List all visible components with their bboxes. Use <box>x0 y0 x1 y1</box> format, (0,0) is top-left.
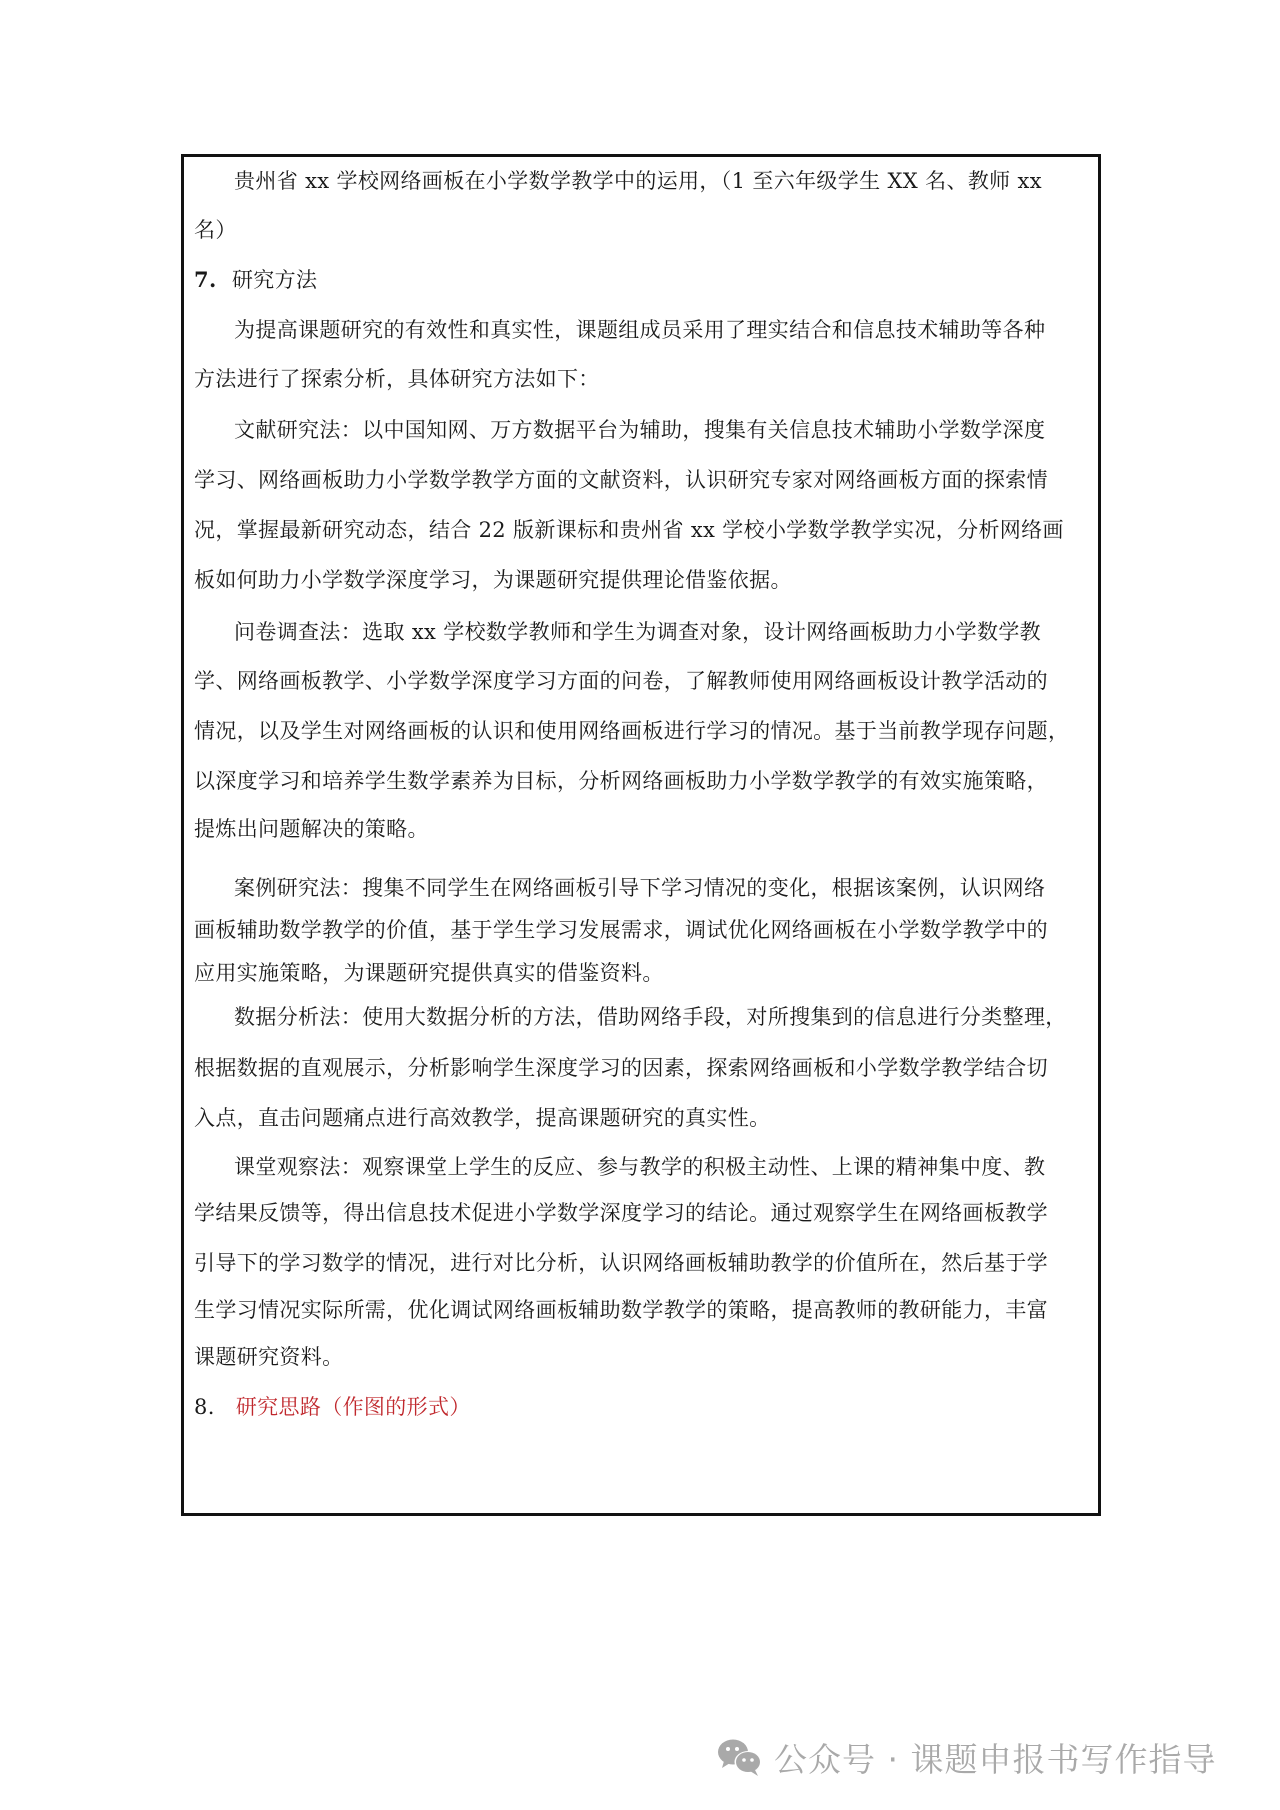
intro-paragraph-line-2: 方法进行了探索分析，具体研究方法如下： <box>194 366 600 392</box>
case-method-line-3: 应用实施策略，为课题研究提供真实的借鉴资料。 <box>194 960 664 986</box>
section-8-title: 研究思路（作图的形式） <box>236 1395 471 1419</box>
observation-method-line-1: 课堂观察法：观察课堂上学生的反应、参与教学的积极主动性、上课的精神集中度、教 <box>234 1154 1045 1180</box>
intro-paragraph-line-1: 为提高课题研究的有效性和真实性，课题组成员采用了理实结合和信息技术辅助等各种 <box>234 317 1045 343</box>
watermark-text: 公众号 · 课题申报书写作指导 <box>774 1734 1216 1781</box>
literature-method-line-1: 文献研究法：以中国知网、万方数据平台为辅助，搜集有关信息技术辅助小学数学深度 <box>234 417 1045 443</box>
section-8-heading: 8. 研究思路（作图的形式） <box>194 1394 471 1420</box>
survey-method-line-5: 提炼出问题解决的策略。 <box>194 816 429 842</box>
watermark: 公众号 · 课题申报书写作指导 <box>716 1736 1216 1778</box>
observation-method-line-3: 引导下的学习数学的情况，进行对比分析，认识网络画板辅助教学的价值所在，然后基于学 <box>194 1250 1048 1276</box>
literature-method-line-2: 学习、网络画板助力小学数学教学方面的文献资料，认识研究专家对网络画板方面的探索情 <box>194 467 1048 493</box>
section-7-title: 研究方法 <box>232 268 317 292</box>
section-8-number: 8. <box>194 1395 215 1419</box>
survey-method-line-3: 情况，以及学生对网络画板的认识和使用网络画板进行学习的情况。基于当前教学现存问题… <box>194 718 1069 744</box>
case-method-line-2: 画板辅助数学教学的价值，基于学生学习发展需求，调试优化网络画板在小学数学教学中的 <box>194 917 1048 943</box>
data-method-line-1: 数据分析法：使用大数据分析的方法，借助网络手段，对所搜集到的信息进行分类整理， <box>234 1004 1067 1030</box>
data-method-line-2: 根据数据的直观展示，分析影响学生深度学习的因素，探索网络画板和小学数学教学结合切 <box>194 1055 1048 1081</box>
case-method-line-1: 案例研究法：搜集不同学生在网络画板引导下学习情况的变化，根据该案例，认识网络 <box>234 875 1045 901</box>
observation-method-line-4: 生学习情况实际所需，优化调试网络画板辅助数学教学的策略，提高教师的教研能力，丰富 <box>194 1297 1048 1323</box>
scope-paragraph-line-1: 贵州省 xx 学校网络画板在小学数学教学中的运用，（1 至六年级学生 XX 名、… <box>234 168 1042 194</box>
section-7-number: 7. <box>194 267 217 292</box>
observation-method-line-2: 学结果反馈等，得出信息技术促进小学数学深度学习的结论。通过观察学生在网络画板教学 <box>194 1200 1048 1226</box>
scope-paragraph-line-2: 名） <box>194 217 237 243</box>
section-7-heading: 7. 研究方法 <box>194 267 317 293</box>
literature-method-line-4: 板如何助力小学数学深度学习，为课题研究提供理论借鉴依据。 <box>194 567 792 593</box>
survey-method-line-2: 学、网络画板教学、小学数学深度学习方面的问卷，了解教师使用网络画板设计教学活动的 <box>194 668 1048 694</box>
data-method-line-3: 入点，直击问题痛点进行高效教学，提高课题研究的真实性。 <box>194 1105 770 1131</box>
literature-method-line-3: 况，掌握最新研究动态，结合 22 版新课标和贵州省 xx 学校小学数学教学实况，… <box>194 517 1064 543</box>
observation-method-line-5: 课题研究资料。 <box>194 1344 343 1370</box>
survey-method-line-1: 问卷调查法：选取 xx 学校数学教师和学生为调查对象，设计网络画板助力小学数学教 <box>234 619 1041 645</box>
survey-method-line-4: 以深度学习和培养学生数学素养为目标，分析网络画板助力小学数学教学的有效实施策略， <box>194 768 1048 794</box>
wechat-icon <box>716 1737 764 1777</box>
